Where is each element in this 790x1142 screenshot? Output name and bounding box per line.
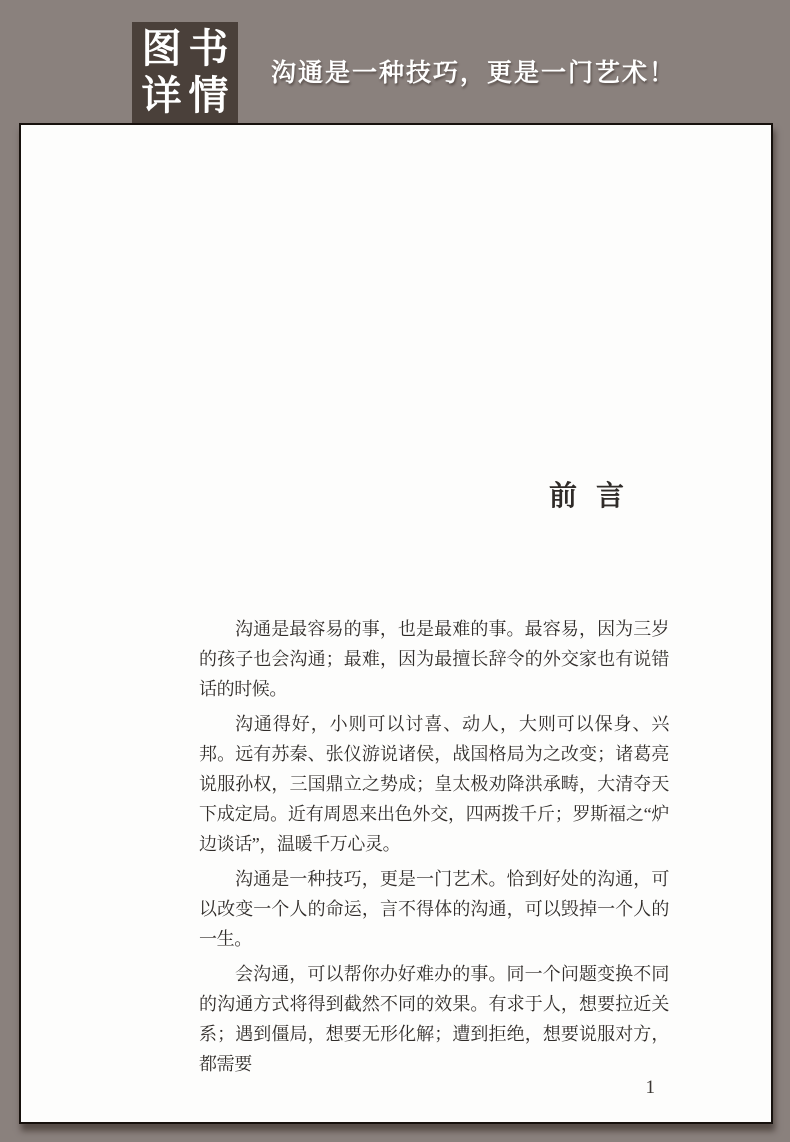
preface-paragraph: 沟通是一种技巧，更是一门艺术。恰到好处的沟通，可以改变一个人的命运，言不得体的沟… bbox=[199, 864, 669, 954]
page-number: 1 bbox=[199, 1077, 669, 1099]
badge-line-2: 详情 bbox=[139, 73, 238, 120]
preface-paragraph: 沟通是最容易的事，也是最难的事。最容易，因为三岁的孩子也会沟通；最难，因为最擅长… bbox=[199, 614, 669, 704]
badge-line-1: 图书 bbox=[139, 26, 238, 73]
book-page-content: 前 言 沟通是最容易的事，也是最难的事。最容易，因为三岁的孩子也会沟通；最难，因… bbox=[21, 125, 771, 1122]
preface-title: 前 言 bbox=[199, 474, 669, 514]
book-page: 前 言 沟通是最容易的事，也是最难的事。最容易，因为三岁的孩子也会沟通；最难，因… bbox=[19, 123, 773, 1124]
preface-body: 沟通是最容易的事，也是最难的事。最容易，因为三岁的孩子也会沟通；最难，因为最擅长… bbox=[199, 614, 669, 1079]
page-headline: 沟通是一种技巧，更是一门艺术！ bbox=[271, 53, 676, 89]
preface-paragraph: 沟通得好，小则可以讨喜、动人，大则可以保身、兴邦。远有苏秦、张仪游说诸侯，战国格… bbox=[199, 709, 669, 859]
preface-paragraph: 会沟通，可以帮你办好难办的事。同一个问题变换不同的沟通方式将得到截然不同的效果。… bbox=[199, 959, 669, 1079]
book-details-badge: 图书 详情 bbox=[132, 22, 238, 123]
